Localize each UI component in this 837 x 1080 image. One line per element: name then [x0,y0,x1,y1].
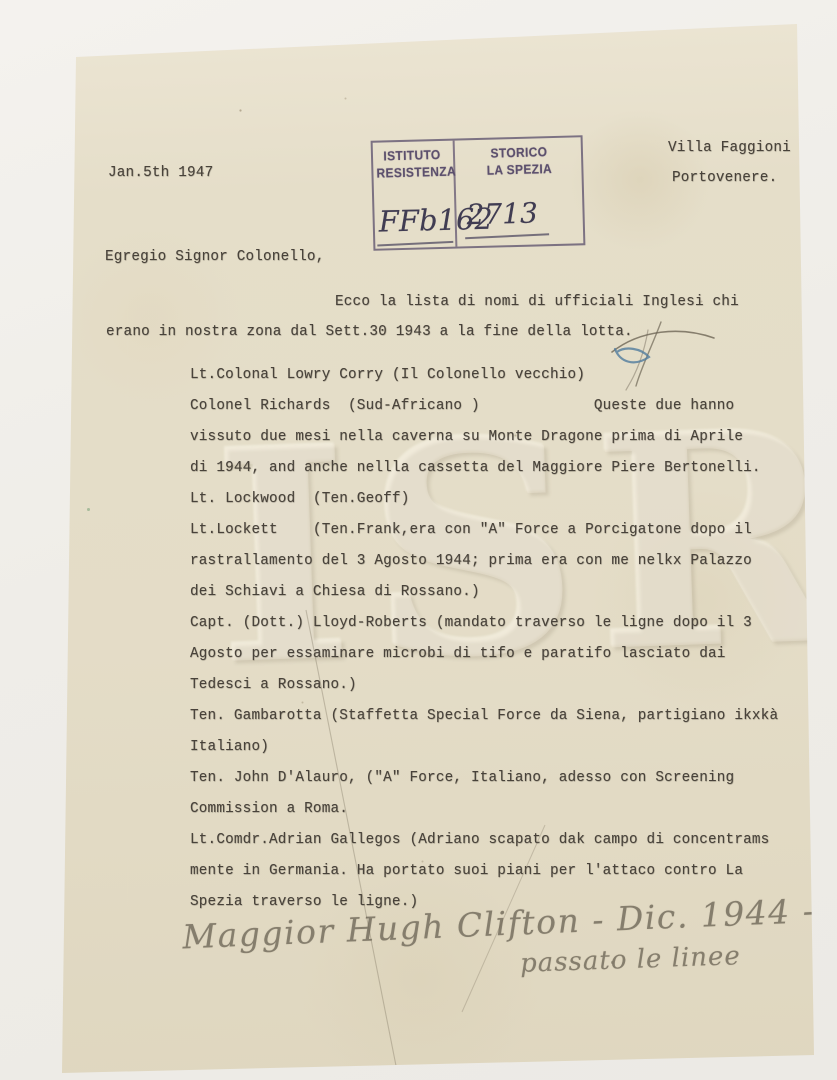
sender-address-line1: Villa Faggioni [668,138,791,158]
typed-line: Ten. John D'Alauro, ("A" Force, Italiano… [190,768,734,788]
stamp-institution-right: STORICO LA SPEZIA [462,142,577,179]
typed-line: Commission a Roma. [190,799,348,819]
handwritten-underline [377,241,453,247]
typed-line: Agosto per essaminare microbi di tifo e … [190,644,726,664]
stamp-line: LA SPEZIA [462,159,576,179]
typed-line: Ten. Gambarotta (Staffetta Special Force… [190,706,778,726]
typed-line: Lt.Colonal Lowry Corry (Il Colonello vec… [190,365,585,385]
stamp-institution-left: ISTITUTO RESISTENZA [376,146,449,182]
typed-line: vissuto due mesi nella caverna su Monte … [190,427,743,447]
archive-stamp: ISTITUTO RESISTENZA STORICO LA SPEZIA FF… [371,135,586,251]
scanned-letter-page: ISR. Jan.5th 1947 Villa Faggioni Portove… [0,0,837,1080]
letter-date: Jan.5th 1947 [108,163,213,183]
typed-line: mente in Germania. Ha portato suoi piani… [190,861,743,881]
intro-line: Ecco la lista di nomi di ufficiali Ingle… [335,292,739,312]
intro-line: erano in nostra zona dal Sett.30 1943 a … [106,322,633,342]
typed-line: Colonel Richards (Sud-Africano ) Queste … [190,396,734,416]
typed-line: dei Schiavi a Chiesa di Rossano.) [190,582,480,602]
typed-line: Capt. (Dott.) Lloyd-Roberts (mandato tra… [190,613,752,633]
stamp-line: RESISTENZA [376,163,448,182]
paper-sheet: ISR. Jan.5th 1947 Villa Faggioni Portove… [0,0,837,1080]
typed-line: Tedesci a Rossano.) [190,675,357,695]
sender-address-line2: Portovenere. [672,168,777,188]
pencil-note-line2: passato le linee [520,941,742,979]
typed-line: rastrallamento del 3 Agosto 1944; prima … [190,551,752,571]
typed-line: di 1944, and anche nellla cassetta del M… [190,458,761,478]
stamp-inventory-number-right: 2713 [466,196,538,231]
typed-line: Italiano) [190,737,269,757]
paper-specks [0,0,1,1]
typed-line: Lt.Lockett (Ten.Frank,era con "A" Force … [190,520,752,540]
typed-line: Lt. Lockwood (Ten.Geoff) [190,489,410,509]
stamp-line: ISTITUTO [376,146,448,165]
salutation: Egregio Signor Colonello, [105,247,325,267]
typed-line: Lt.Comdr.Adrian Gallegos (Adriano scapat… [190,830,769,850]
